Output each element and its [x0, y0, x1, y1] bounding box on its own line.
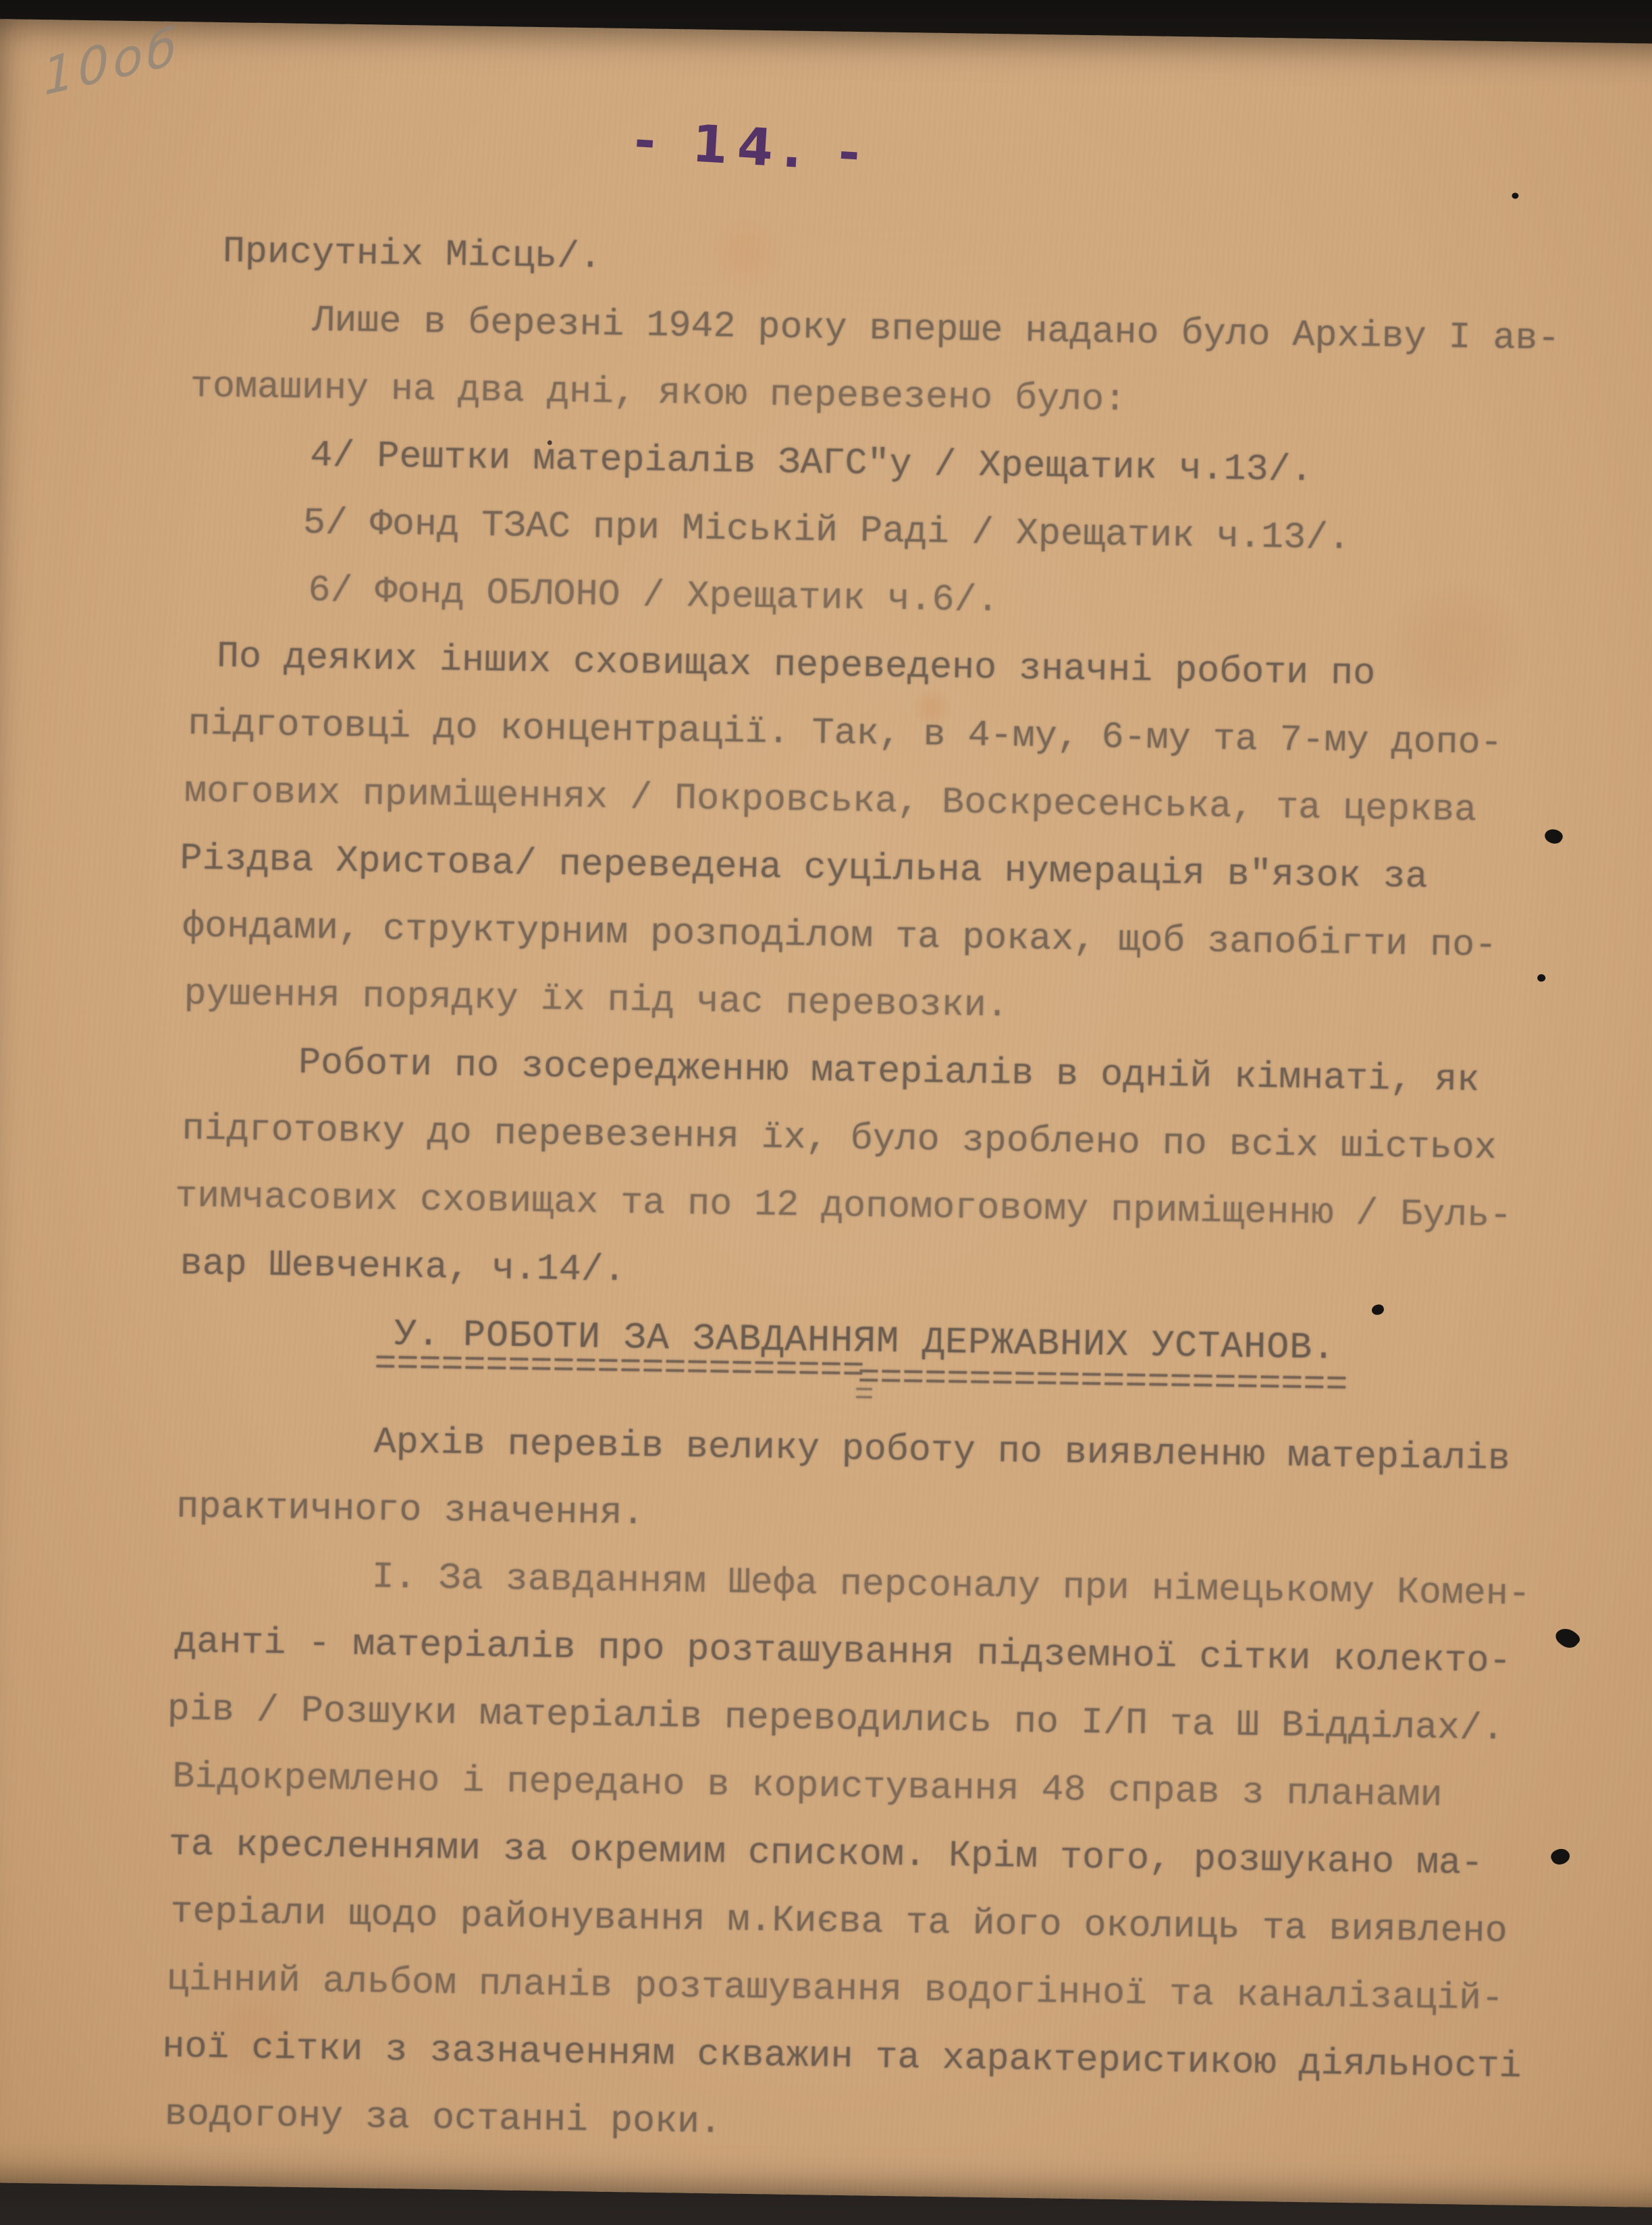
ink-speck [1549, 1846, 1572, 1868]
ink-speck [548, 440, 552, 445]
body-lines-bottom: Архів перевів велику роботу по виявленню… [164, 1405, 1552, 2168]
scanner-background: 10об - 14. - Присутніх Місць/.Лише в бер… [0, 0, 1652, 2225]
page-number-handwritten: - 14. - [633, 110, 871, 184]
document-page: 10об - 14. - Присутніх Місць/.Лише в бер… [0, 19, 1652, 2208]
typewritten-text: Присутніх Місць/.Лише в березні 1942 рок… [164, 217, 1570, 2168]
ink-speck [1512, 192, 1518, 198]
body-lines-top: Присутніх Місць/.Лише в березні 1942 рок… [177, 217, 1570, 1318]
ink-speck [1537, 974, 1545, 982]
folio-annotation-pencil: 10об [41, 16, 182, 107]
ink-speck [1553, 1624, 1582, 1653]
